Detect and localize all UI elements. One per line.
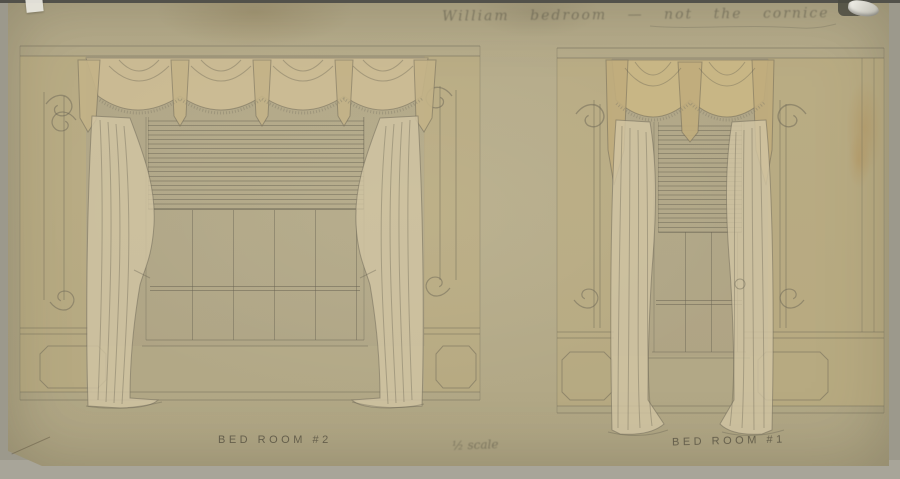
panel-molding-left (44, 92, 76, 310)
curtain-left-panel-left-elevation (86, 116, 162, 408)
curtain-right-panel-right-elevation (720, 120, 784, 436)
photograph-of-drawing: William bedroom — not the cornice BED RO… (0, 0, 900, 479)
handwriting-flourish (650, 24, 836, 28)
drawing-linework (0, 0, 900, 479)
scale-note: ½ scale (452, 437, 499, 453)
tape-top-left (25, 0, 43, 13)
curtain-left-panel-right-elevation (608, 120, 668, 436)
right-elevation (557, 48, 884, 436)
chair-rail-right-elevation (557, 332, 884, 338)
cornice-right-elevation (557, 48, 884, 58)
wainscot-panels-right-elevation (562, 352, 828, 400)
baseboard-right-elevation (557, 406, 884, 413)
left-elevation (20, 46, 480, 408)
corner-molding-right (862, 58, 874, 332)
curtain-right-panel-left-elevation (352, 116, 424, 408)
handwritten-title: William bedroom — not the cornice (442, 5, 830, 24)
label-bedroom-2: BED ROOM #2 (218, 434, 332, 446)
panel-molding-right-2 (778, 100, 806, 328)
cornice-left-elevation (20, 46, 480, 56)
window-frame-left (142, 117, 368, 346)
panel-molding-left-2 (574, 100, 604, 328)
